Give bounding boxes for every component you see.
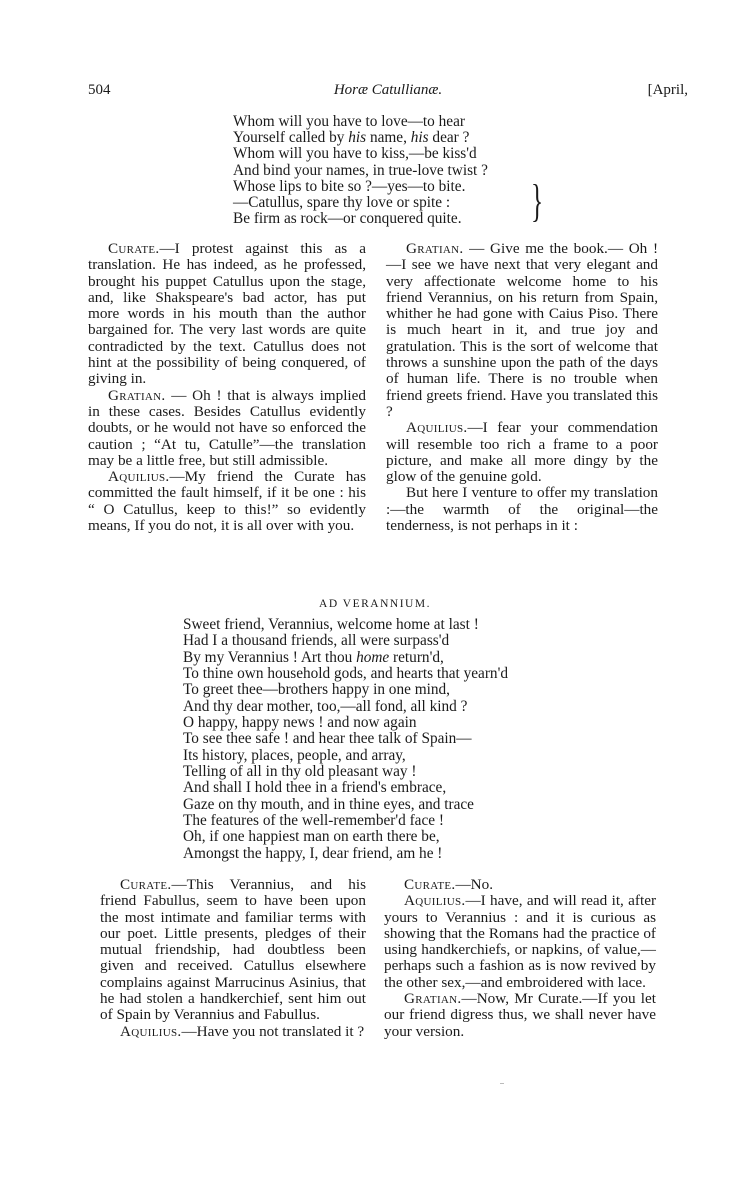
- verse-line: And thy dear mother, too,—all fond, all …: [183, 699, 508, 715]
- speech-text: —I protest against this as a translation…: [88, 240, 366, 387]
- verse-line: Be firm as rock—or conquered quite.: [233, 211, 488, 227]
- speaker-name: Gratian.: [406, 240, 464, 257]
- running-month: [April,: [648, 82, 688, 99]
- verse-line: By my Verannius ! Art thou home return'd…: [183, 650, 508, 666]
- verse-line: To greet thee—brothers happy in one mind…: [183, 682, 508, 698]
- verse-line: To see thee safe ! and hear thee talk of…: [183, 731, 508, 747]
- speaker-name: Curate.: [108, 240, 159, 257]
- speaker-name: Gratian.: [108, 387, 166, 404]
- verse-line: And shall I hold thee in a friend's embr…: [183, 780, 508, 796]
- speaker-name: Aquilius.: [404, 892, 465, 909]
- verse-line: Amongst the happy, I, dear friend, am he…: [183, 846, 508, 862]
- verse-line: Telling of all in thy old pleasant way !: [183, 764, 508, 780]
- speaker-name: Curate.: [404, 876, 455, 893]
- verse-line: The features of the well-remember'd face…: [183, 813, 508, 829]
- verse-line: Whose lips to bite so ?—yes—to bite.: [233, 179, 488, 195]
- speaker-name: Aquilius.: [108, 468, 169, 485]
- dialogue-paragraph: But here I venture to offer my translati…: [386, 485, 658, 534]
- dialogue-paragraph: Curate.—No.: [384, 877, 656, 893]
- verse-line: And bind your names, in true-love twist …: [233, 163, 488, 179]
- top-verse: Whom will you have to love—to hear Yours…: [233, 114, 488, 227]
- speaker-name: Aquilius.: [406, 419, 467, 436]
- speech-text: But here I venture to offer my translati…: [386, 484, 658, 534]
- document-page: 504 Horæ Catullianæ. [April, Whom will y…: [0, 0, 750, 1179]
- speech-text: —This Verannius, and his friend Fabullus…: [100, 876, 366, 1023]
- speech-text: — Give me the book.— Oh !—I see we have …: [386, 240, 658, 420]
- speech-text: —Have you not translated it ?: [181, 1023, 364, 1040]
- running-title: Horæ Catullianæ.: [88, 82, 688, 99]
- poem-verse: Sweet friend, Verannius, welcome home at…: [183, 617, 508, 862]
- verse-line: —Catullus, spare thy love or spite :: [233, 195, 488, 211]
- verse-line: Whom will you have to love—to hear: [233, 114, 488, 130]
- dialogue-left-column-lower: Curate.—This Verannius, and his friend F…: [100, 877, 366, 1040]
- speaker-name: Curate.: [120, 876, 171, 893]
- verse-line: Sweet friend, Verannius, welcome home at…: [183, 617, 508, 633]
- print-mark: [500, 1083, 504, 1084]
- dialogue-paragraph: Aquilius.—I have, and will read it, afte…: [384, 893, 656, 991]
- verse-line: Oh, if one happiest man on earth there b…: [183, 829, 508, 845]
- dialogue-paragraph: Curate.—I protest against this as a tran…: [88, 241, 366, 388]
- brace-glyph: }: [531, 178, 543, 224]
- verse-line: Yourself called by his name, his dear ?: [233, 130, 488, 146]
- dialogue-right-column: Gratian. — Give me the book.— Oh !—I see…: [386, 241, 658, 534]
- running-header: 504 Horæ Catullianæ. [April,: [88, 82, 688, 102]
- speech-text: —No.: [455, 876, 493, 893]
- dialogue-paragraph: Aquilius.—I fear your commendation will …: [386, 420, 658, 485]
- dialogue-left-column: Curate.—I protest against this as a tran…: [88, 241, 366, 534]
- dialogue-paragraph: Gratian. — Oh ! that is always implied i…: [88, 388, 366, 469]
- speaker-name: Gratian.: [404, 990, 462, 1007]
- verse-line: Had I a thousand friends, all were surpa…: [183, 633, 508, 649]
- dialogue-paragraph: Aquilius.—My friend the Curate has commi…: [88, 469, 366, 534]
- verse-line: Whom will you have to kiss,—be kiss'd: [233, 146, 488, 162]
- verse-line: Its history, places, people, and array,: [183, 748, 508, 764]
- speaker-name: Aquilius.: [120, 1023, 181, 1040]
- dialogue-paragraph: Gratian.—Now, Mr Curate.—If you let our …: [384, 991, 656, 1040]
- verse-line: To thine own household gods, and hearts …: [183, 666, 508, 682]
- poem-title: AD VERANNIUM.: [0, 598, 750, 610]
- verse-line: Gaze on thy mouth, and in thine eyes, an…: [183, 797, 508, 813]
- dialogue-paragraph: Curate.—This Verannius, and his friend F…: [100, 877, 366, 1024]
- dialogue-right-column-lower: Curate.—No. Aquilius.—I have, and will r…: [384, 877, 656, 1040]
- verse-line: O happy, happy news ! and now again: [183, 715, 508, 731]
- dialogue-paragraph: Gratian. — Give me the book.— Oh !—I see…: [386, 241, 658, 420]
- dialogue-paragraph: Aquilius.—Have you not translated it ?: [100, 1024, 366, 1040]
